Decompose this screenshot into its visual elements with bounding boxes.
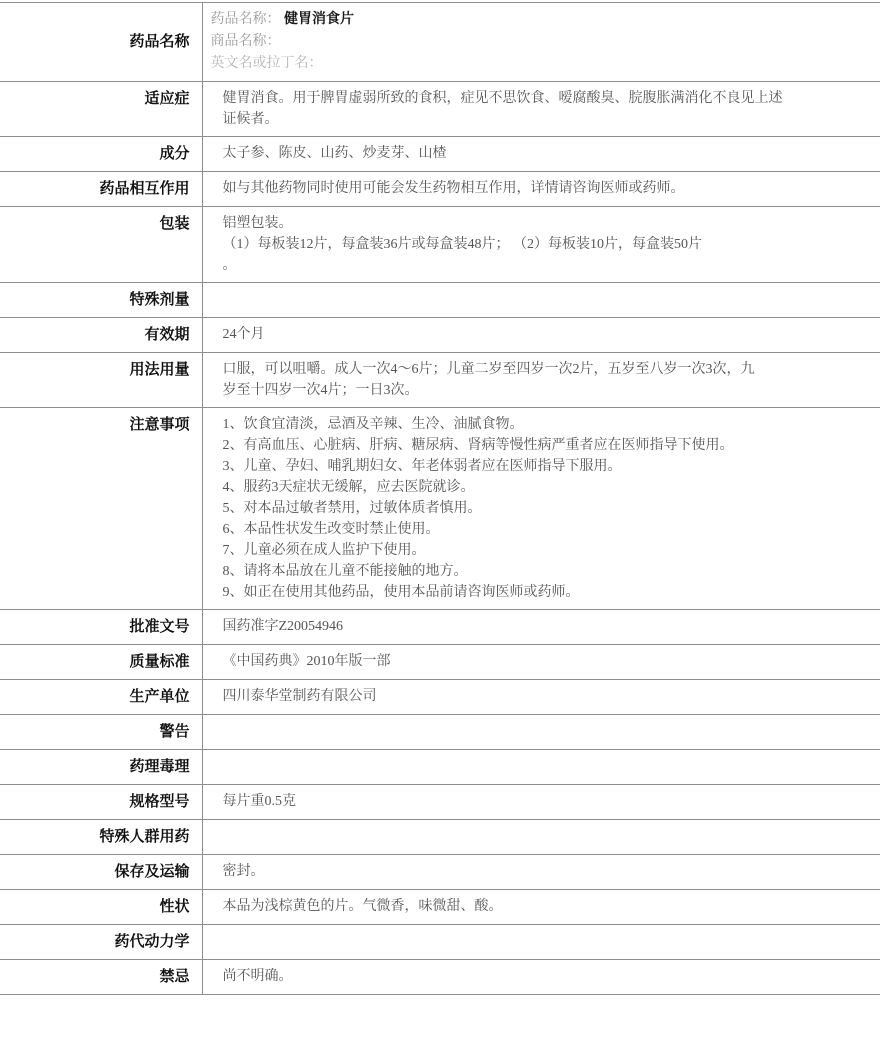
row-label: 警告 [0, 715, 202, 750]
field-label: 药品名称： [211, 12, 281, 27]
row-special-populations: 特殊人群用药 [0, 820, 880, 855]
row-pharmacokinetics: 药代动力学 [0, 925, 880, 960]
drug-info-page: 药品名称 药品名称： 健胃消食片 商品名称： 英文名或拉丁名： 适应症 健胃消食… [0, 0, 880, 1060]
row-packaging: 包装 铝塑包装。 （1）每板装12片，每盒装36片或每盒装48片； （2）每板装… [0, 207, 880, 283]
row-value: 本品为浅棕黄色的片。气微香，味微甜、酸。 [202, 890, 880, 925]
row-indications: 适应症 健胃消食。用于脾胃虚弱所致的食积，症见不思饮食、嗳腐酸臭、脘腹胀满消化不… [0, 82, 880, 137]
trade-name-line: 商品名称： [211, 31, 871, 53]
row-value: 尚不明确。 [202, 960, 880, 995]
row-storage-transport: 保存及运输 密封。 [0, 855, 880, 890]
row-label: 特殊人群用药 [0, 820, 202, 855]
row-value: 太子参、陈皮、山药、炒麦芽、山楂 [202, 137, 880, 172]
row-value [202, 750, 880, 785]
row-label: 用法用量 [0, 353, 202, 408]
row-label: 性状 [0, 890, 202, 925]
row-value [202, 820, 880, 855]
row-label: 规格型号 [0, 785, 202, 820]
row-quality-standard: 质量标准 《中国药典》2010年版一部 [0, 645, 880, 680]
drug-info-table: 药品名称 药品名称： 健胃消食片 商品名称： 英文名或拉丁名： 适应症 健胃消食… [0, 2, 880, 995]
row-value: 密封。 [202, 855, 880, 890]
row-value [202, 283, 880, 318]
row-label: 药品相互作用 [0, 172, 202, 207]
row-value: 铝塑包装。 （1）每板装12片，每盒装36片或每盒装48片； （2）每板装10片… [202, 207, 880, 283]
row-label: 包装 [0, 207, 202, 283]
row-description: 性状 本品为浅棕黄色的片。气微香，味微甜、酸。 [0, 890, 880, 925]
row-precautions: 注意事项 1、饮食宜清淡，忌酒及辛辣、生冷、油腻食物。 2、有高血压、心脏病、肝… [0, 408, 880, 610]
row-label: 质量标准 [0, 645, 202, 680]
row-label: 有效期 [0, 318, 202, 353]
row-drug-interactions: 药品相互作用 如与其他药物同时使用可能会发生药物相互作用，详情请咨询医师或药师。 [0, 172, 880, 207]
row-value [202, 925, 880, 960]
drug-name-value: 健胃消食片 [284, 12, 354, 27]
row-value: 四川泰华堂制药有限公司 [202, 680, 880, 715]
row-contraindications: 禁忌 尚不明确。 [0, 960, 880, 995]
row-label: 禁忌 [0, 960, 202, 995]
row-value: 1、饮食宜清淡，忌酒及辛辣、生冷、油腻食物。 2、有高血压、心脏病、肝病、糖尿病… [202, 408, 880, 610]
row-label: 生产单位 [0, 680, 202, 715]
row-label: 批准文号 [0, 610, 202, 645]
row-label: 药理毒理 [0, 750, 202, 785]
row-dosage-usage: 用法用量 口服，可以咀嚼。成人一次4～6片；儿童二岁至四岁一次2片，五岁至八岁一… [0, 353, 880, 408]
row-label: 药品名称 [0, 3, 202, 82]
field-label: 商品名称： [211, 34, 281, 49]
row-specification: 规格型号 每片重0.5克 [0, 785, 880, 820]
row-label: 药代动力学 [0, 925, 202, 960]
field-label: 英文名或拉丁名： [211, 56, 323, 71]
drug-name-line: 药品名称： 健胃消食片 [211, 9, 871, 31]
row-pharmacology-toxicology: 药理毒理 [0, 750, 880, 785]
row-value: 每片重0.5克 [202, 785, 880, 820]
row-value: 健胃消食。用于脾胃虚弱所致的食积，症见不思饮食、嗳腐酸臭、脘腹胀满消化不良见上述… [202, 82, 880, 137]
row-special-dosage: 特殊剂量 [0, 283, 880, 318]
row-value: 《中国药典》2010年版一部 [202, 645, 880, 680]
row-drug-name: 药品名称 药品名称： 健胃消食片 商品名称： 英文名或拉丁名： [0, 3, 880, 82]
row-shelf-life: 有效期 24个月 [0, 318, 880, 353]
row-label: 保存及运输 [0, 855, 202, 890]
row-ingredients: 成分 太子参、陈皮、山药、炒麦芽、山楂 [0, 137, 880, 172]
row-label: 适应症 [0, 82, 202, 137]
row-label: 特殊剂量 [0, 283, 202, 318]
row-label: 注意事项 [0, 408, 202, 610]
row-label: 成分 [0, 137, 202, 172]
row-value: 口服，可以咀嚼。成人一次4～6片；儿童二岁至四岁一次2片，五岁至八岁一次3次，九… [202, 353, 880, 408]
row-warning: 警告 [0, 715, 880, 750]
row-value: 如与其他药物同时使用可能会发生药物相互作用，详情请咨询医师或药师。 [202, 172, 880, 207]
row-value: 24个月 [202, 318, 880, 353]
row-approval-number: 批准文号 国药准字Z20054946 [0, 610, 880, 645]
row-manufacturer: 生产单位 四川泰华堂制药有限公司 [0, 680, 880, 715]
row-value: 国药准字Z20054946 [202, 610, 880, 645]
row-value: 药品名称： 健胃消食片 商品名称： 英文名或拉丁名： [202, 3, 880, 82]
row-value [202, 715, 880, 750]
english-name-line: 英文名或拉丁名： [211, 53, 871, 75]
